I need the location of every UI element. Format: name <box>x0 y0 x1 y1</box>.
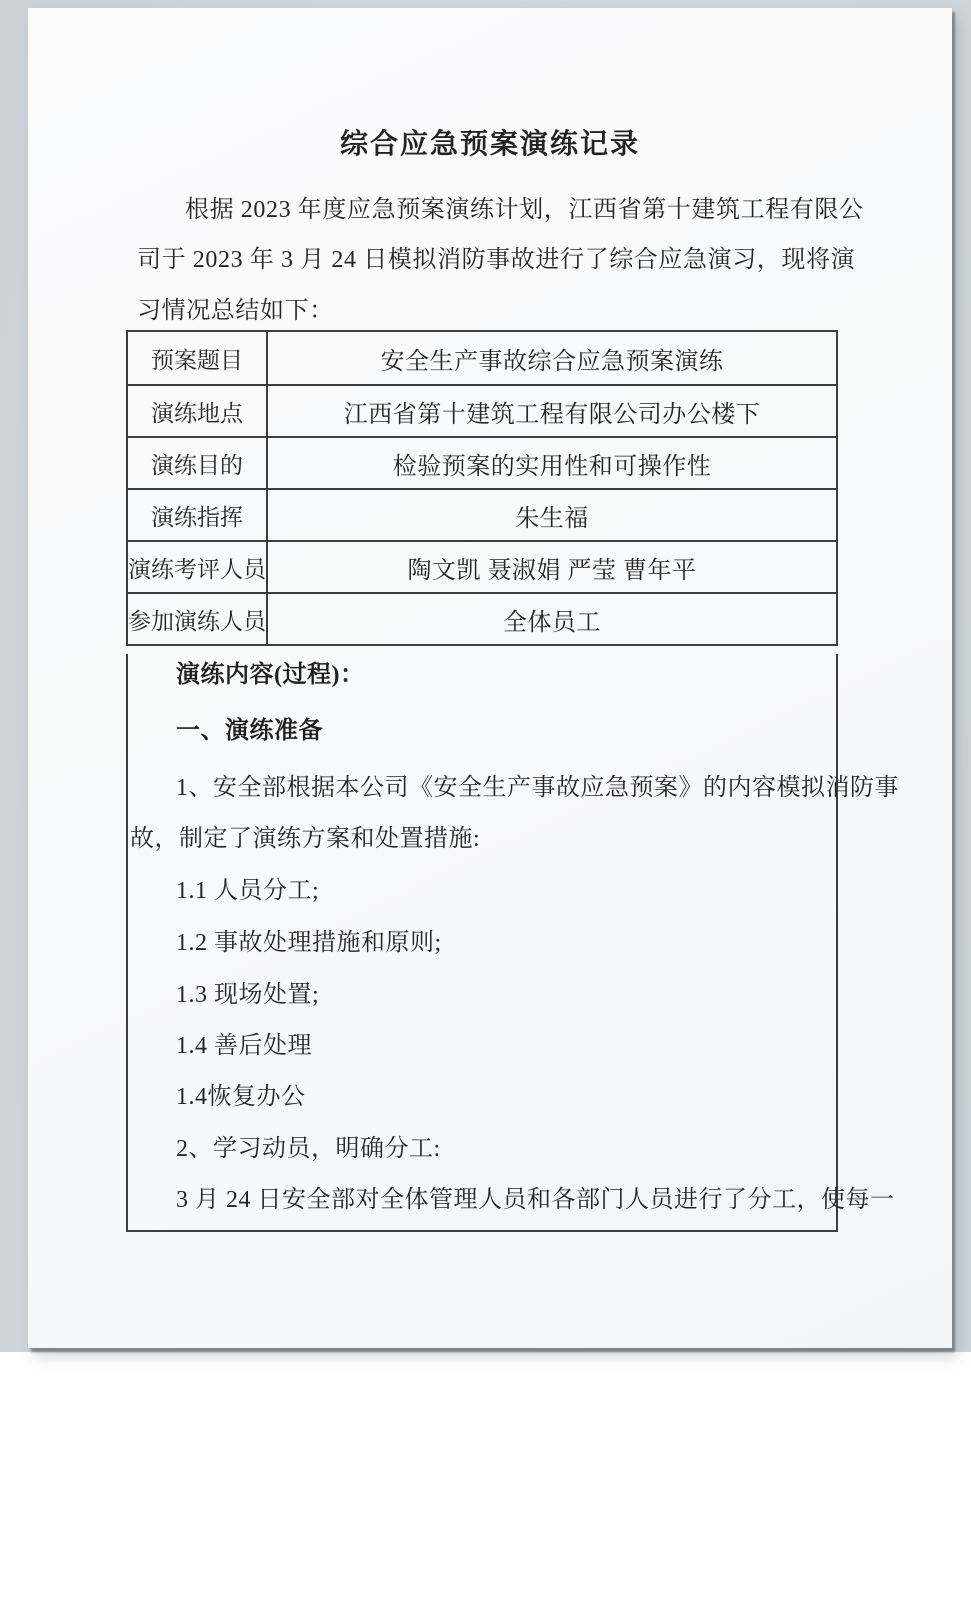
row-label: 预案题目 <box>128 332 268 384</box>
content-line: 1、安全部根据本公司《安全生产事故应急预案》的内容模拟消防事 <box>176 773 899 803</box>
content-line: 1.1 人员分工; <box>176 876 319 906</box>
content-line: 3 月 24 日安全部对全体管理人员和各部门人员进行了分工，使每一 <box>176 1185 895 1215</box>
row-value: 陶文凯 聂淑娟 严莹 曹年平 <box>268 542 836 592</box>
content-line: 1.3 现场处置; <box>176 980 319 1010</box>
intro-line: 根据 2023 年度应急预案演练计划，江西省第十建筑工程有限公 <box>137 185 877 235</box>
row-label: 演练目的 <box>128 438 268 488</box>
content-line: 1.4恢复办公 <box>176 1082 306 1112</box>
intro-line: 司于 2023 年 3 月 24 日模拟消防事故进行了综合应急演习，现将演 <box>137 235 877 285</box>
row-value: 朱生福 <box>268 490 836 540</box>
row-label: 演练地点 <box>128 386 268 436</box>
page-title: 综合应急预案演练记录 <box>28 127 952 163</box>
table-row: 演练指挥 朱生福 <box>128 488 836 540</box>
intro-line: 习情况总结如下： <box>137 286 877 336</box>
row-value: 全体员工 <box>268 594 836 644</box>
row-value: 检验预案的实用性和可操作性 <box>268 438 836 488</box>
row-label: 演练指挥 <box>128 490 268 540</box>
scanned-page: 综合应急预案演练记录 根据 2023 年度应急预案演练计划，江西省第十建筑工程有… <box>0 0 971 1600</box>
content-line: 1.4 善后处理 <box>176 1031 312 1061</box>
row-value: 安全生产事故综合应急预案演练 <box>268 332 836 384</box>
row-value: 江西省第十建筑工程有限公司办公楼下 <box>268 386 836 436</box>
table-row: 演练目的 检验预案的实用性和可操作性 <box>128 436 836 488</box>
table-row: 演练地点 江西省第十建筑工程有限公司办公楼下 <box>128 384 836 436</box>
paper-sheet: 综合应急预案演练记录 根据 2023 年度应急预案演练计划，江西省第十建筑工程有… <box>28 8 952 1348</box>
content-line: 一、演练准备 <box>176 716 323 746</box>
row-label: 演练考评人员 <box>128 542 268 592</box>
table-row: 参加演练人员 全体员工 <box>128 592 836 644</box>
table-row: 演练考评人员 陶文凯 聂淑娟 严莹 曹年平 <box>128 540 836 592</box>
content-line: 故，制定了演练方案和处置措施: <box>130 824 480 854</box>
row-label: 参加演练人员 <box>128 594 268 644</box>
table-row: 预案题目 安全生产事故综合应急预案演练 <box>128 332 836 384</box>
content-line: 演练内容(过程)： <box>176 660 364 690</box>
content-line: 1.2 事故处理措施和原则; <box>176 928 442 958</box>
content-line: 2、学习动员，明确分工: <box>176 1134 441 1164</box>
info-table: 预案题目 安全生产事故综合应急预案演练 演练地点 江西省第十建筑工程有限公司办公… <box>126 330 838 646</box>
